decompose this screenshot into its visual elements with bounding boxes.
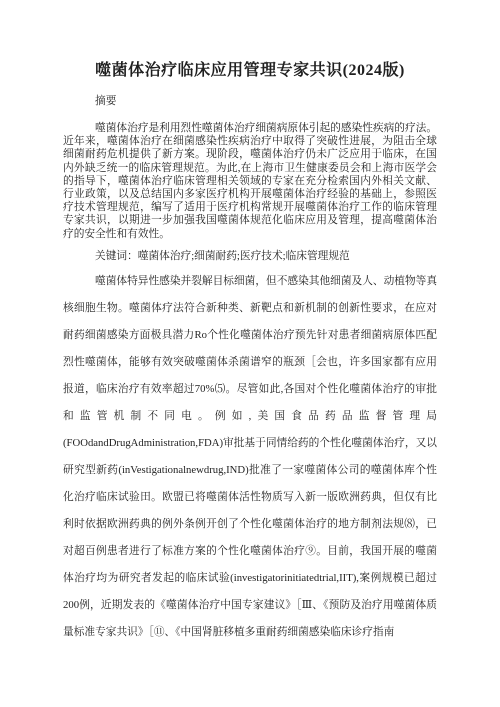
keywords-text: 噬菌体治疗;细菌耐药;医疗技术;临床管理规范 <box>138 250 350 262</box>
body-paragraph: 噬菌体特异性感染并裂解目标细菌，但不感染其他细菌及人、动植物等真核细胞生物。噬菌… <box>63 268 437 646</box>
keywords-line: 关键词：噬菌体治疗;细菌耐药;医疗技术;临床管理规范 <box>63 250 437 263</box>
abstract-heading: 摘要 <box>63 95 437 108</box>
page-title: 噬菌体治疗临床应用管理专家共识(2024版) <box>63 0 437 81</box>
document-content: 噬菌体治疗临床应用管理专家共识(2024版) 摘要 噬菌体治疗是利用烈性噬菌体治… <box>0 0 500 646</box>
document-page: 噬菌体治疗临床应用管理专家共识(2024版) 摘要 噬菌体治疗是利用烈性噬菌体治… <box>0 0 500 707</box>
abstract-paragraph: 噬菌体治疗是利用烈性噬菌体治疗细菌病原体引起的感染性疾病的疗法。近年来，噬菌体治… <box>63 122 437 241</box>
keywords-label: 关键词： <box>95 250 138 262</box>
